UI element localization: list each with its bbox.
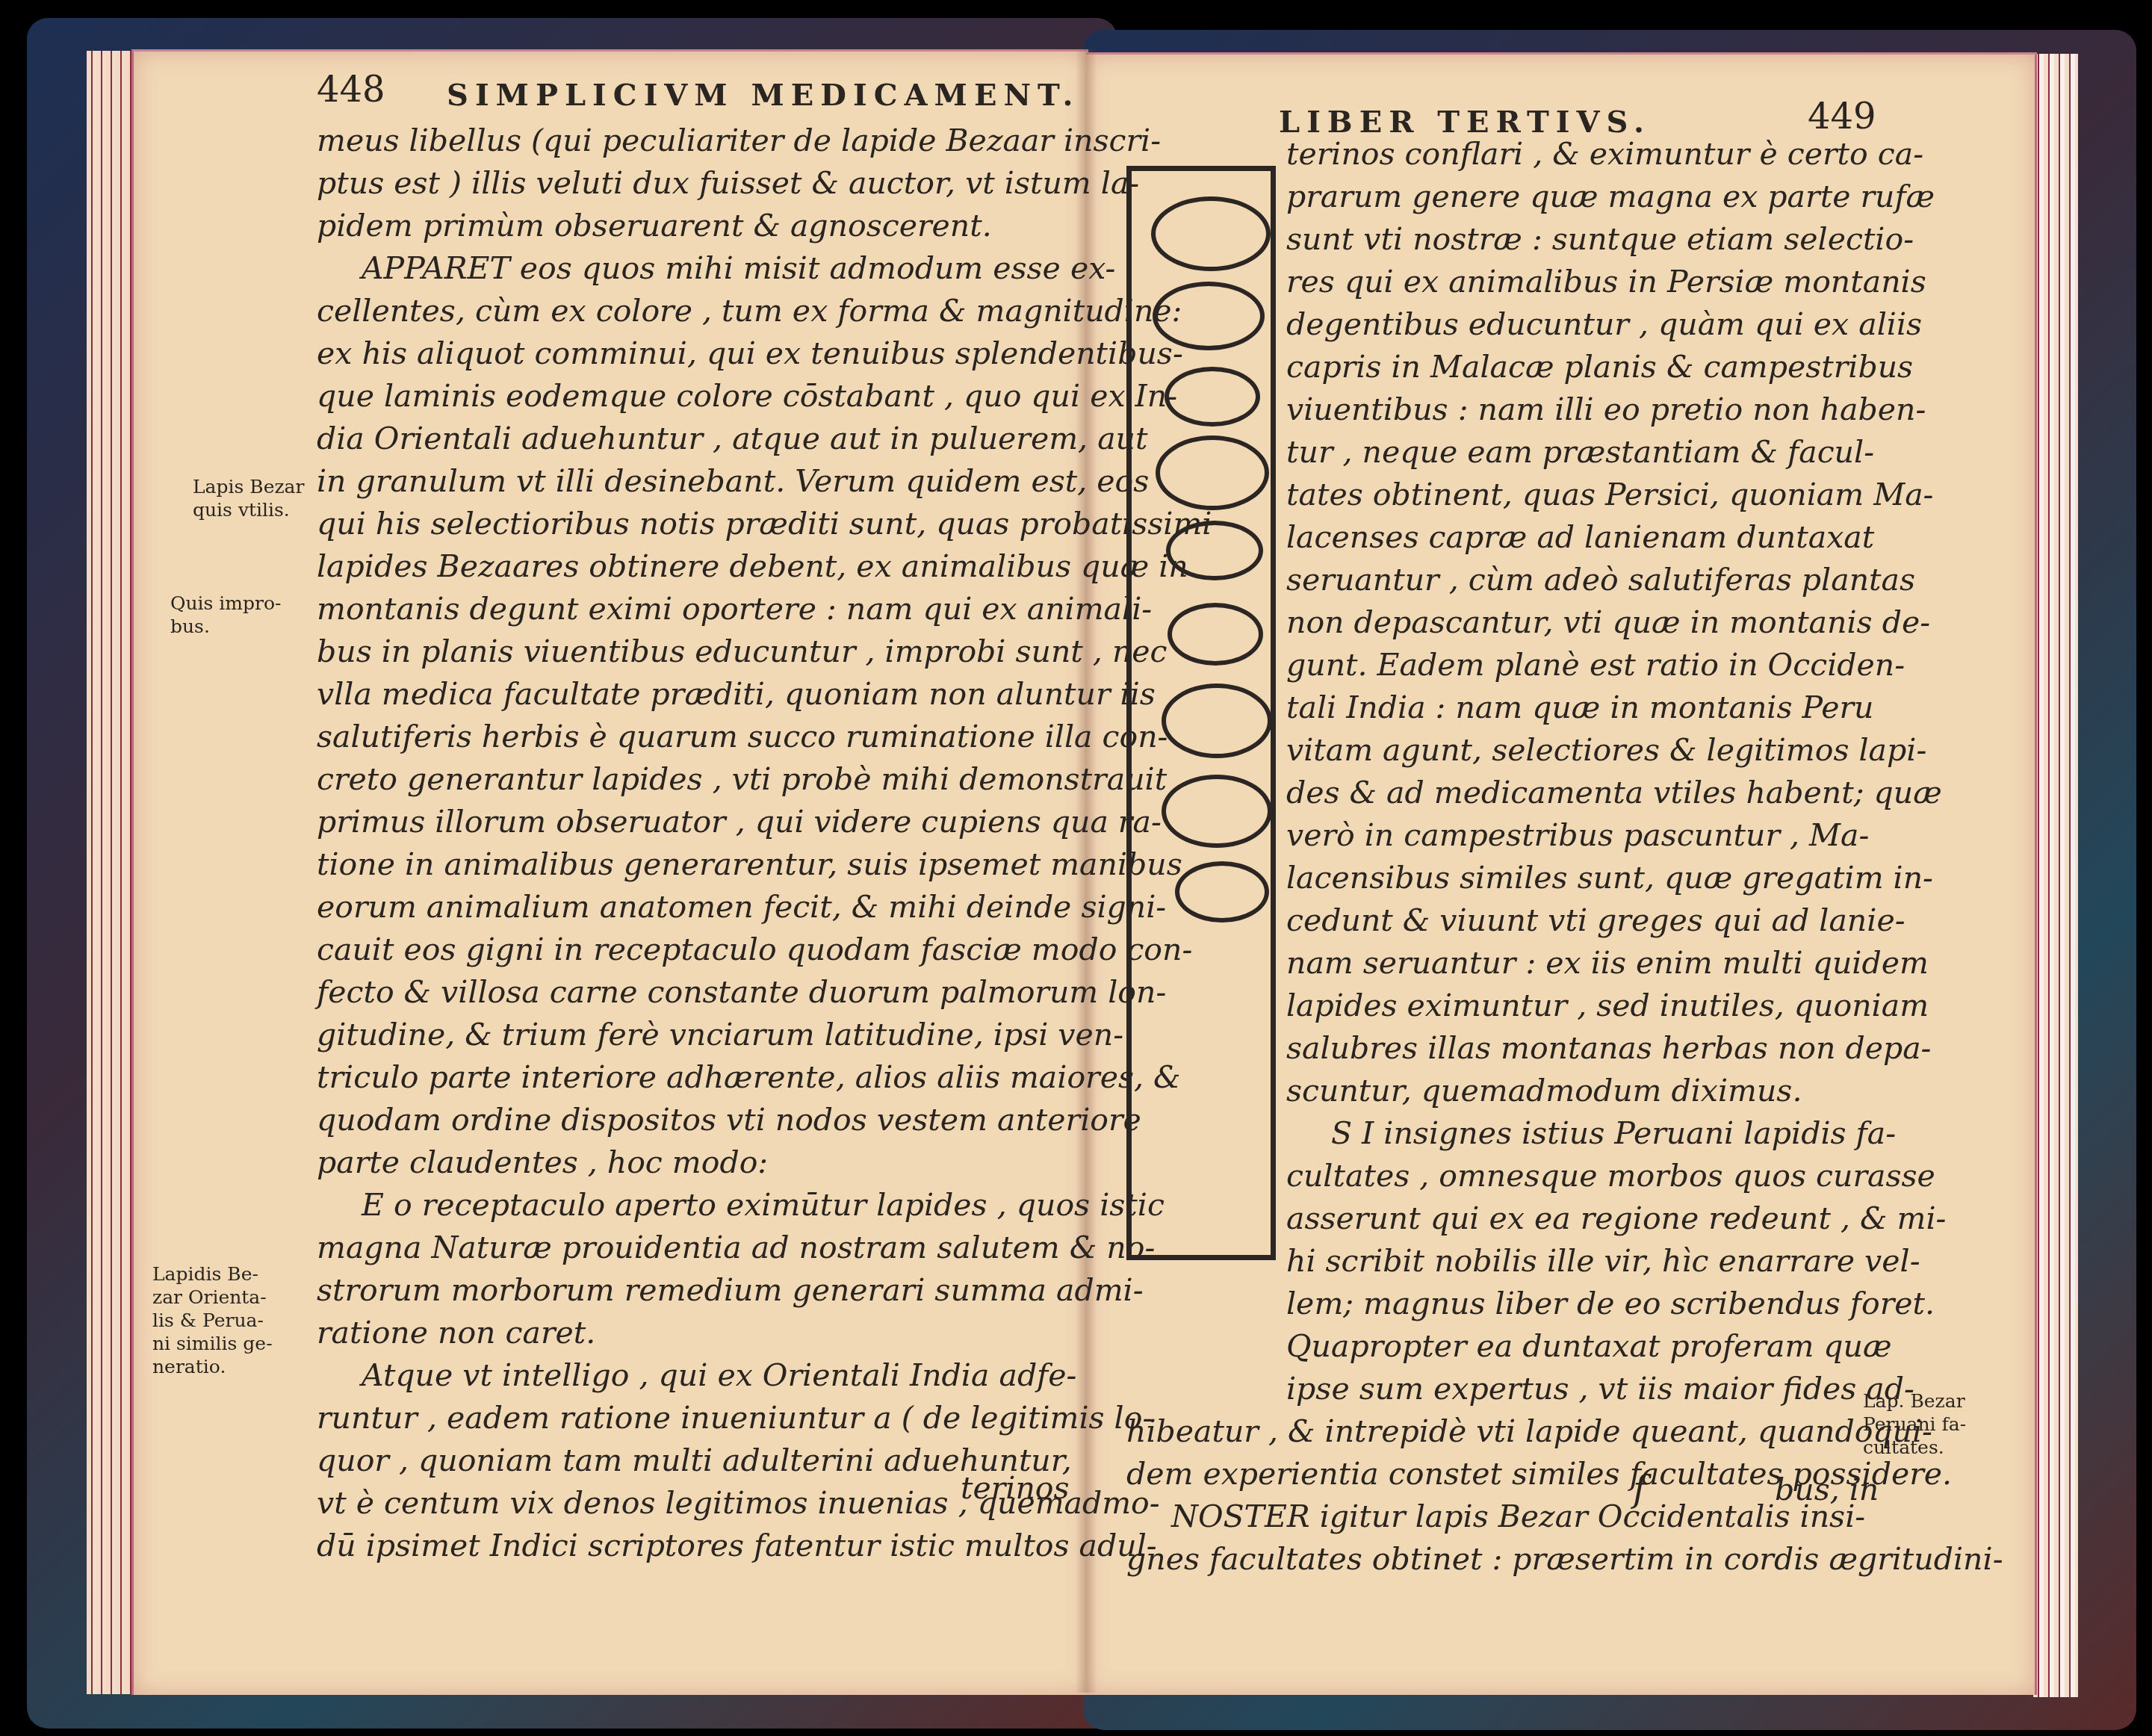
page-edges-left — [87, 51, 131, 1694]
stone-oval — [1166, 521, 1263, 580]
text-line: ipse sum expertus , vt iis maior fides a… — [1286, 1368, 1854, 1410]
text-line: vt è centum vix denos legitimos inuenias… — [317, 1482, 1034, 1525]
text-line: des & ad medicamenta vtiles habent; quæ — [1286, 772, 1854, 814]
text-line: ptus est ) illis veluti dux fuisset & au… — [317, 162, 1034, 205]
text-line: primus illorum obseruator , qui videre c… — [317, 801, 1034, 843]
text-line: tali India : nam quæ in montanis Peru — [1286, 686, 1854, 729]
text-line: cauit eos gigni in receptaculo quodam fa… — [317, 929, 1034, 971]
text-line: quor , quoniam tam multi adulterini adue… — [317, 1439, 1034, 1482]
text-line: viuentibus : nam illi eo pretio non habe… — [1286, 388, 1854, 431]
text-line: APPARET eos quos mihi misit admodum esse… — [317, 247, 1034, 290]
stone-oval — [1175, 861, 1269, 923]
right-body-text-narrow: terinos conflari , & eximuntur è certo c… — [1286, 133, 1854, 1410]
text-line: strorum morborum remedium generari summa… — [317, 1269, 1034, 1312]
text-line: degentibus educuntur , quàm qui ex aliis — [1286, 303, 1854, 346]
margin-note-peruani-facultates: Lap. Bezar Peruani fa- cultates. — [1863, 1389, 1966, 1459]
text-line: non depascantur, vti quæ in montanis de- — [1286, 601, 1854, 644]
text-line: salutiferis herbis è quarum succo rumina… — [317, 716, 1034, 758]
text-line: seruantur , cùm adeò salutiferas plantas — [1286, 559, 1854, 601]
text-line: tates obtinent, quas Persici, quoniam Ma… — [1286, 474, 1854, 516]
text-line: terinos conflari , & eximuntur è certo c… — [1286, 133, 1854, 176]
text-line: magna Naturæ prouidentia ad nostram salu… — [317, 1227, 1034, 1269]
text-line: lapides Bezaares obtinere debent, ex ani… — [317, 545, 1034, 588]
text-line: dia Orientali aduehuntur , atque aut in … — [317, 418, 1034, 460]
text-line: Quapropter ea duntaxat proferam quæ — [1286, 1325, 1854, 1368]
text-line: sunt vti nostræ : suntque etiam selectio… — [1286, 218, 1854, 261]
text-line: meus libellus (qui peculiariter de lapid… — [317, 120, 1034, 162]
stone-oval — [1162, 775, 1272, 848]
margin-note-lapidis-bezar-generatio: Lapidis Be- zar Orienta- lis & Perua- ni… — [152, 1262, 273, 1378]
text-line: fecto & villosa carne constante duorum p… — [317, 971, 1034, 1014]
text-line: parte claudentes , hoc modo: — [317, 1141, 1034, 1184]
text-line: lapides eximuntur , sed inutiles, quonia… — [1286, 985, 1854, 1027]
stone-oval — [1165, 367, 1260, 427]
text-line: S I insignes istius Peruani lapidis fa- — [1286, 1112, 1854, 1155]
text-line: ratione non caret. — [317, 1312, 1034, 1354]
text-line: scuntur, quemadmodum diximus. — [1286, 1070, 1854, 1112]
text-line: que laminis eodemque colore cōstabant , … — [317, 375, 1034, 418]
stone-oval — [1168, 603, 1263, 666]
text-line: NOSTER igitur lapis Bezar Occidentalis i… — [1126, 1495, 1858, 1538]
text-line: vitam agunt, selectiores & legitimos lap… — [1286, 729, 1854, 772]
margin-note-lapis-bezar: Lapis Bezar quis vtilis. — [193, 475, 304, 521]
text-line: Atque vt intelligo , qui ex Orientali In… — [317, 1354, 1034, 1397]
text-line: in granulum vt illi desinebant. Verum qu… — [317, 460, 1034, 503]
bezoar-stones-figure — [1126, 166, 1276, 1260]
stone-oval — [1156, 435, 1269, 510]
left-catchword: terinos — [961, 1470, 1070, 1506]
left-running-head: SIMPLICIVM MEDICAMENT. — [447, 78, 1079, 113]
text-line: bus in planis viuentibus educuntur , imp… — [317, 630, 1034, 673]
signature-mark: f — [1633, 1469, 1646, 1510]
text-line: vlla medica facultate præditi, quoniam n… — [317, 673, 1034, 716]
stone-oval — [1151, 196, 1271, 271]
left-folio: 448 — [317, 69, 385, 111]
text-line: salubres illas montanas herbas non depa- — [1286, 1027, 1854, 1070]
text-line: cellentes, cùm ex colore , tum ex forma … — [317, 290, 1034, 332]
text-line: prarum genere quæ magna ex parte rufæ — [1286, 176, 1854, 218]
text-line: dū ipsimet Indici scriptores fatentur is… — [317, 1525, 1034, 1567]
text-line: lacensibus similes sunt, quæ gregatim in… — [1286, 857, 1854, 899]
margin-note-quis-improbus: Quis impro- bus. — [170, 592, 282, 638]
text-line: res qui ex animalibus in Persiæ montanis — [1286, 261, 1854, 303]
text-line: gnes facultates obtinet : præsertim in c… — [1126, 1538, 1858, 1581]
text-line: gitudine, & trium ferè vnciarum latitudi… — [317, 1014, 1034, 1056]
text-line: E o receptaculo aperto eximūtur lapides … — [317, 1184, 1034, 1227]
text-line: runtur , eadem ratione inueniuntur a ( d… — [317, 1397, 1034, 1439]
text-line: triculo parte interiore adhærente, alios… — [317, 1056, 1034, 1099]
stone-oval — [1162, 683, 1272, 758]
text-line: capris in Malacæ planis & campestribus — [1286, 346, 1854, 388]
right-catchword: bus, in — [1775, 1472, 1879, 1507]
text-line: asserunt qui ex ea regione redeunt , & m… — [1286, 1197, 1854, 1240]
text-line: cedunt & viuunt vti greges qui ad lanie- — [1286, 899, 1854, 942]
text-line: montanis degunt eximi oportere : nam qui… — [317, 588, 1034, 630]
text-line: hi scribit nobilis ille vir, hìc enarrar… — [1286, 1240, 1854, 1283]
right-folio: 449 — [1808, 96, 1876, 137]
right-body-text-full: hibeatur , & intrepidè vti lapide queant… — [1126, 1410, 1858, 1581]
text-line: quodam ordine dispositos vti nodos veste… — [317, 1099, 1034, 1141]
text-line: tione in animalibus generarentur, suis i… — [317, 843, 1034, 886]
stone-oval — [1153, 282, 1265, 350]
text-line: verò in campestribus pascuntur , Ma- — [1286, 814, 1854, 857]
text-line: dem experientia constet similes facultat… — [1126, 1453, 1858, 1495]
text-line: lacenses capræ ad lanienam duntaxat — [1286, 516, 1854, 559]
page-edges-right — [2033, 54, 2078, 1697]
text-line: gunt. Eadem planè est ratio in Occiden- — [1286, 644, 1854, 686]
text-line: nam seruantur : ex iis enim multi quidem — [1286, 942, 1854, 985]
text-line: ex his aliquot comminui, qui ex tenuibus… — [317, 332, 1034, 375]
left-body-text: meus libellus (qui peculiariter de lapid… — [317, 120, 1034, 1567]
text-line: cultates , omnesque morbos quos curasse — [1286, 1155, 1854, 1197]
text-line: pidem primùm obseruarent & agnoscerent. — [317, 205, 1034, 247]
text-line: lem; magnus liber de eo scribendus foret… — [1286, 1283, 1854, 1325]
text-line: tur , neque eam præstantiam & facul- — [1286, 431, 1854, 474]
text-line: creto generantur lapides , vti probè mih… — [317, 758, 1034, 801]
text-line: hibeatur , & intrepidè vti lapide queant… — [1126, 1410, 1858, 1453]
text-line: eorum animalium anatomen fecit, & mihi d… — [317, 886, 1034, 929]
text-line: qui his selectioribus notis præditi sunt… — [317, 503, 1034, 545]
